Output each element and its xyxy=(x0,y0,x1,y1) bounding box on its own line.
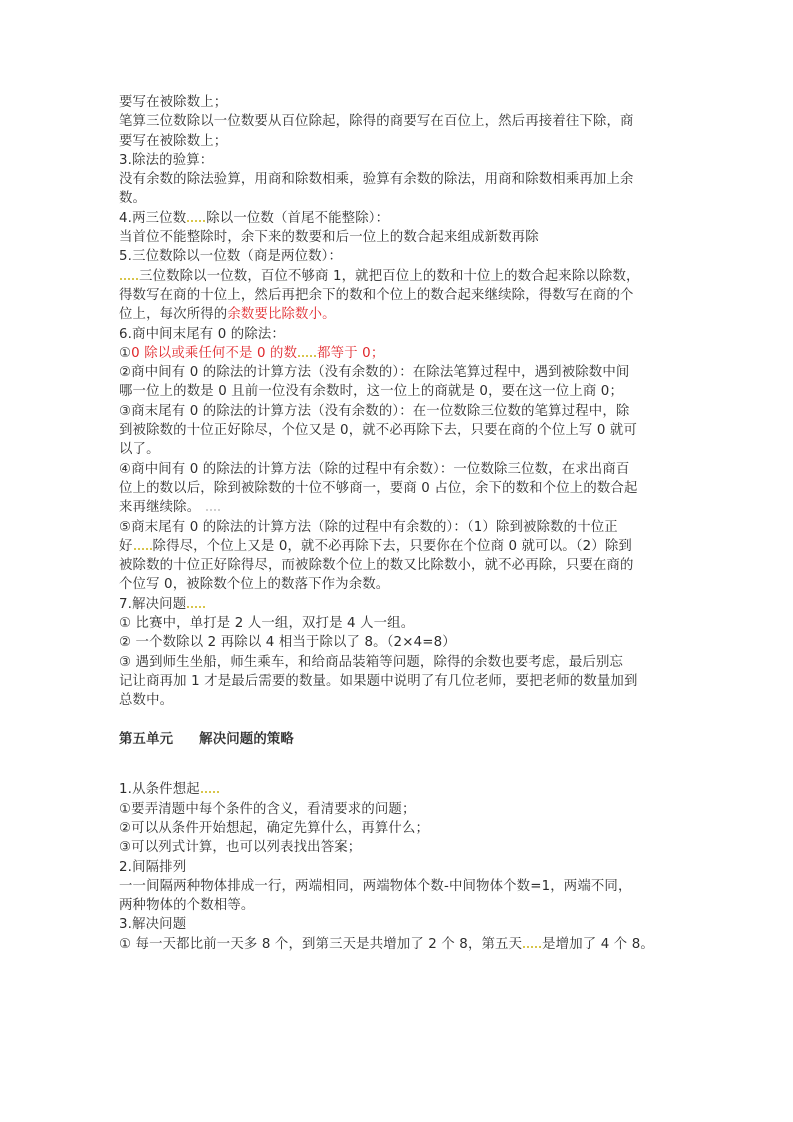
text-span: 来再继续除。 xyxy=(119,500,200,515)
subsection-heading-2: 2.间隔排列 xyxy=(119,858,689,877)
blank-line xyxy=(119,749,689,768)
text-line: 来再继续除。 xyxy=(119,498,689,517)
section-heading-7: 7.解决问题 xyxy=(119,595,689,614)
text-line: 到被除数的十位正好除尽，个位又是 0，就不必再除下去，只要在商的个位上写 0 就… xyxy=(119,421,689,440)
revision-mark-icon xyxy=(298,347,316,357)
text-line: ② 一个数除以 2 再除以 4 相当于除以了 8。（2×4=8） xyxy=(119,633,689,652)
revision-mark-icon xyxy=(523,938,541,948)
text-span: 除得尽，个位上又是 0，就不必再除下去，只要你在个位商 0 就可以。（2）除到 xyxy=(153,539,632,554)
section-heading-3: 3.除法的验算： xyxy=(119,151,689,170)
document-page: 要写在被除数上； 笔算三位数除以一位数要从百位除起，除得的商要写在百位上，然后再… xyxy=(119,93,689,954)
blank-line xyxy=(119,768,689,780)
text-line: 被除数的十位正好除得尽，而被除数个位上的数又比除数小，就不必再除，只要在商的 xyxy=(119,556,689,575)
revision-mark-icon xyxy=(120,270,138,280)
text-line: ①要弄清题中每个条件的含义，看清要求的问题； xyxy=(119,800,689,819)
text-line: 笔算三位数除以一位数要从百位除起，除得的商要写在百位上，然后再接着往下除，商 xyxy=(119,112,689,131)
text-line: ③ 遇到师生坐船，师生乘车，和给商品装箱等问题，除得的余数也要考虑，最后别忘 xyxy=(119,653,689,672)
text-line: 位上的数以后，除到被除数的十位不够商一，要商 0 占位，余下的数和个位上的数合起 xyxy=(119,479,689,498)
subsection-heading-3: 3.解决问题 xyxy=(119,915,689,934)
text-line: 哪一位上的数是 0 且前一位没有余数时，这一位上的商就是 0，要在这一位上商 0… xyxy=(119,382,689,401)
text-line: ②可以从条件开始想起，确定先算什么，再算什么； xyxy=(119,819,689,838)
revision-mark-icon xyxy=(187,212,205,222)
subsection-heading-1: 1.从条件想起 xyxy=(119,780,689,799)
text-line: 好除得尽，个位上又是 0，就不必再除下去，只要你在个位商 0 就可以。（2）除到 xyxy=(119,537,689,556)
unit-title: 解决问题的策略 xyxy=(199,732,294,747)
text-line: 没有余数的除法验算，用商和除数相乘，验算有余数的除法，用商和除数相乘再加上余 xyxy=(119,170,689,189)
blank-line xyxy=(119,711,689,730)
text-line: 要写在被除数上； xyxy=(119,93,689,112)
emphasis-text: 0 除以或乘任何不是 0 的数 xyxy=(131,346,297,361)
text-line: 数。 xyxy=(119,189,689,208)
text-line: 当首位不能整除时，余下来的数要和后一位上的数合起来组成新数再除 xyxy=(119,228,689,247)
text-line: ① 比赛中，单打是 2 人一组，双打是 4 人一组。 xyxy=(119,614,689,633)
revision-mark-icon xyxy=(187,598,205,608)
text-span: 三位数除以一位数，百位不够商 1，就把百位上的数和十位上的数合起来除以除数， xyxy=(139,269,640,284)
text-line: ②商中间有 0 的除法的计算方法（没有余数的）：在除法笔算过程中，遇到被除数中间 xyxy=(119,363,689,382)
text-line: 位上，每次所得的余数要比除数小。 xyxy=(119,305,689,324)
heading-text: 4.两三位数 xyxy=(119,211,186,226)
text-line: 三位数除以一位数，百位不够商 1，就把百位上的数和十位上的数合起来除以除数， xyxy=(119,267,689,286)
section-heading-5: 5.三位数除以一位数（商是两位数）： xyxy=(119,247,689,266)
revision-mark-icon xyxy=(134,540,152,550)
text-line: ⑤商末尾有 0 的除法的计算方法（除的过程中有余数的）：（1）除到被除数的十位正 xyxy=(119,518,689,537)
text-span: 是增加了 4 个 8。 xyxy=(542,937,654,952)
section-heading-4: 4.两三位数除以一位数（首尾不能整除）： xyxy=(119,209,689,228)
text-line: ①0 除以或乘任何不是 0 的数都等于 0； xyxy=(119,344,689,363)
heading-text: 1.从条件想起 xyxy=(119,782,200,797)
text-span: 好 xyxy=(119,539,133,554)
list-marker: ① xyxy=(119,346,131,361)
text-line: 个位写 0，被除数个位上的数落下作为余数。 xyxy=(119,575,689,594)
section-heading-6: 6.商中间末尾有 0 的除法： xyxy=(119,325,689,344)
text-line: 一一间隔两种物体排成一行，两端相同，两端物体个数-中间物体个数=1，两端不同， xyxy=(119,877,689,896)
text-line: ④商中间有 0 的除法的计算方法（除的过程中有余数）：一位数除三位数，在求出商百 xyxy=(119,460,689,479)
text-line: ③商末尾有 0 的除法的计算方法（没有余数的）：在一位数除三位数的笔算过程中，除 xyxy=(119,402,689,421)
unit-label: 第五单元 xyxy=(119,732,173,747)
text-span: ① 每一天都比前一天多 8 个，到第三天是共增加了 2 个 8，第五天 xyxy=(119,937,522,952)
revision-mark-icon xyxy=(201,783,219,793)
text-line: 以了。 xyxy=(119,440,689,459)
heading-text: 除以一位数（首尾不能整除）： xyxy=(206,211,389,226)
text-line: 要写在被除数上； xyxy=(119,132,689,151)
emphasis-text: 余数要比除数小。 xyxy=(227,307,335,322)
text-line: 得数写在商的十位上，然后再把余下的数和个位上的数合起来继续除，得数写在商的个 xyxy=(119,286,689,305)
text-line: 两种物体的个数相等。 xyxy=(119,896,689,915)
heading-text: 7.解决问题 xyxy=(119,597,186,612)
text-line: ③可以列式计算，也可以列表找出答案； xyxy=(119,838,689,857)
emphasis-text: 都等于 0； xyxy=(317,346,384,361)
text-line: 记让商再加 1 才是最后需要的数量。如果题中说明了有几位老师，要把老师的数量加到 xyxy=(119,672,689,691)
revision-mark-icon xyxy=(206,501,220,511)
text-line: 总数中。 xyxy=(119,691,689,710)
text-line: ① 每一天都比前一天多 8 个，到第三天是共增加了 2 个 8，第五天是增加了 … xyxy=(119,935,689,954)
unit-heading: 第五单元解决问题的策略 xyxy=(119,730,689,749)
text-span: 位上，每次所得的 xyxy=(119,307,227,322)
